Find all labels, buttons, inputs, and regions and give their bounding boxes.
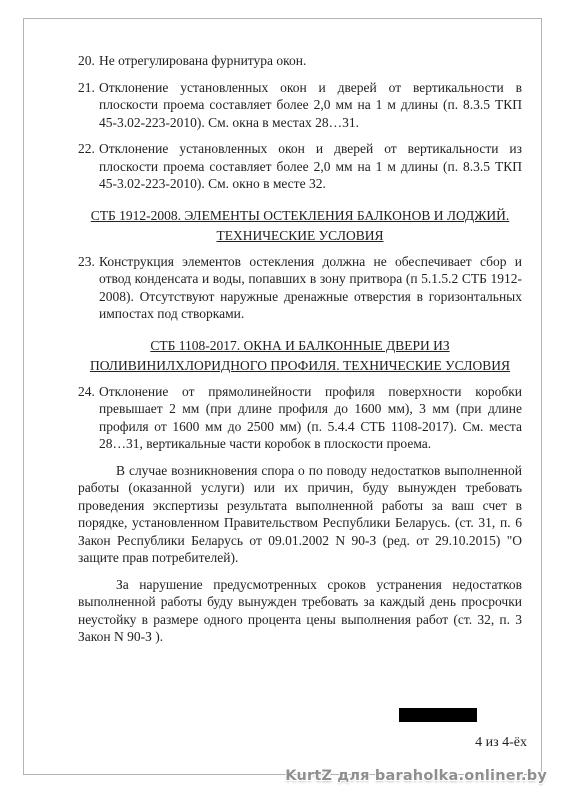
- section-heading-stb-1108: СТБ 1108-2017. ОКНА И БАЛКОННЫЕ ДВЕРИ ИЗ…: [78, 336, 522, 376]
- paragraph-dispute-expertise: В случае возникновения спора о по поводу…: [78, 462, 522, 567]
- list-item-23: 23.Конструкция элементов остекления долж…: [78, 253, 522, 323]
- item-number: 20.: [78, 52, 99, 70]
- document-content: 20.Не отрегулирована фурнитура окон. 21.…: [78, 52, 522, 655]
- list-item-20: 20.Не отрегулирована фурнитура окон.: [78, 52, 522, 70]
- document-page: 20.Не отрегулирована фурнитура окон. 21.…: [0, 0, 566, 800]
- redaction-box: [399, 708, 477, 722]
- paragraph-penalty: За нарушение предусмотренных сроков устр…: [78, 576, 522, 646]
- heading-line: ПОЛИВИНИЛХЛОРИДНОГО ПРОФИЛЯ. ТЕХНИЧЕСКИЕ…: [78, 356, 522, 376]
- heading-line: СТБ 1912-2008. ЭЛЕМЕНТЫ ОСТЕКЛЕНИЯ БАЛКО…: [78, 206, 522, 226]
- item-text: Отклонение установленных окон и дверей о…: [99, 141, 522, 191]
- list-item-24: 24.Отклонение от прямолинейности профиля…: [78, 383, 522, 453]
- heading-line: СТБ 1108-2017. ОКНА И БАЛКОННЫЕ ДВЕРИ ИЗ: [78, 336, 522, 356]
- list-item-22: 22.Отклонение установленных окон и двере…: [78, 140, 522, 193]
- watermark: KurtZ для baraholka.onliner.by: [285, 768, 547, 784]
- item-text: Не отрегулирована фурнитура окон.: [99, 53, 306, 68]
- page-number: 4 из 4-ёх: [397, 734, 527, 751]
- item-text: Конструкция элементов остекления должна …: [99, 254, 522, 322]
- section-heading-stb-1912: СТБ 1912-2008. ЭЛЕМЕНТЫ ОСТЕКЛЕНИЯ БАЛКО…: [78, 206, 522, 246]
- item-number: 24.: [78, 383, 99, 401]
- item-number: 23.: [78, 253, 99, 271]
- page-border-frame: 20.Не отрегулирована фурнитура окон. 21.…: [23, 18, 542, 775]
- heading-line: ТЕХНИЧЕСКИЕ УСЛОВИЯ: [78, 226, 522, 246]
- item-text: Отклонение установленных окон и дверей о…: [99, 80, 522, 130]
- item-text: Отклонение от прямолинейности профиля по…: [99, 384, 522, 452]
- item-number: 21.: [78, 79, 99, 97]
- item-number: 22.: [78, 140, 99, 158]
- list-item-21: 21.Отклонение установленных окон и двере…: [78, 79, 522, 132]
